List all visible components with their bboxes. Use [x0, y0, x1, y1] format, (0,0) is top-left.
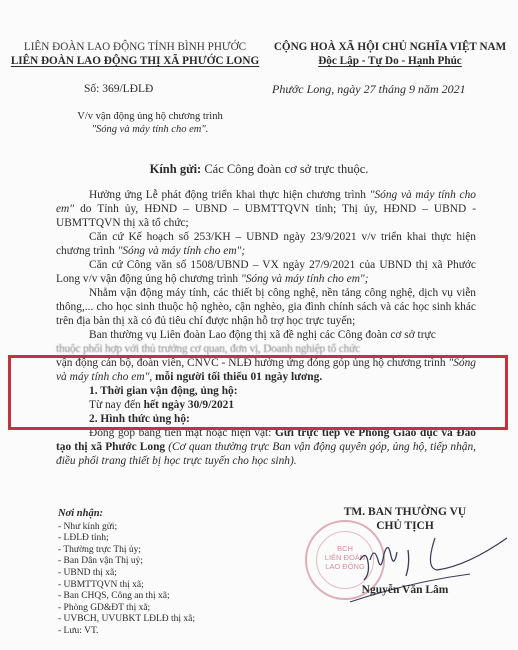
- recipient-item: - UVBCH, UVUBKT LĐLĐ thị xã;: [58, 614, 195, 626]
- recipient-item: - Phòng GD&ĐT thị xã;: [58, 603, 195, 615]
- recipient-item: - Lưu: VT.: [58, 626, 195, 638]
- nation-name: CỘNG HOÀ XÃ HỘI CHỦ NGHĨA VIỆT NAM: [262, 40, 518, 54]
- recipients-list: Nơi nhận: - Như kính gửi; - LĐLĐ tỉnh; -…: [58, 508, 195, 638]
- recipients-title: Nơi nhận:: [58, 508, 195, 520]
- recipient-item: - LĐLĐ tỉnh;: [58, 533, 195, 545]
- recipient-item: - UBND thị xã;: [58, 568, 195, 580]
- subject-line: V/v vận động ủng hộ chương trình "Sóng v…: [40, 110, 260, 136]
- paragraph-dispatch-reference: Căn cứ Công văn số 1508/UBND – VX ngày 2…: [56, 258, 476, 286]
- red-highlight-box: [8, 355, 508, 430]
- issuing-organization-name: LIÊN ĐOÀN LAO ĐỘNG THỊ XÃ PHƯỚC LONG: [11, 55, 259, 67]
- recipient-item: - Như kính gửi;: [58, 522, 195, 534]
- recipient-item: - Ban CHQS, Công an thị xã;: [58, 591, 195, 603]
- signature-block: TM. BAN THƯỜNG VỤ CHỦ TỊCH: [300, 505, 510, 533]
- parent-organization: LIÊN ĐOÀN LAO ĐỘNG TỈNH BÌNH PHƯỚC: [10, 40, 260, 54]
- on-behalf-of: TM. BAN THƯỜNG VỤ: [300, 505, 510, 519]
- signer-name: Nguyễn Văn Lâm: [300, 584, 510, 596]
- recipient-item: - UBMTTQVN thị xã;: [58, 580, 195, 592]
- paragraph-purpose: Nhằm vận động máy tính, các thiết bị côn…: [56, 286, 476, 328]
- place-and-date: Phước Long, ngày 27 tháng 9 năm 2021: [272, 82, 466, 97]
- recipient-item: - Thường trực Thị ủy;: [58, 545, 195, 557]
- issuing-organization: LIÊN ĐOÀN LAO ĐỘNG THỊ XÃ PHƯỚC LONG: [10, 54, 260, 68]
- obscured-line: thuộc phối hợp với thủ trưởng cơ quan, đ…: [56, 342, 476, 356]
- paragraph-response: Hưởng ứng Lễ phát động triển khai thực h…: [56, 188, 476, 230]
- subject-text: V/v vận động ủng hộ chương trình: [40, 110, 260, 123]
- salutation-label: Kính gửi:: [150, 162, 202, 176]
- paragraph-request: Ban thường vụ Liên đoàn Lao động thị xã …: [56, 328, 476, 342]
- paragraph-plan-reference: Căn cứ Kế hoạch số 253/KH – UBND ngày 23…: [56, 230, 476, 258]
- official-letter: LIÊN ĐOÀN LAO ĐỘNG TỈNH BÌNH PHƯỚC LIÊN …: [0, 0, 518, 650]
- recipient-item: - Ban Dân vận Thị uỷ;: [58, 556, 195, 568]
- salutation-recipient: Các Công đoàn cơ sở trực thuộc.: [201, 162, 368, 176]
- document-number: Số: 369/LĐLĐ: [84, 83, 153, 95]
- national-motto: Độc Lập - Tự Do - Hạnh Phúc: [318, 55, 462, 67]
- national-header: CỘNG HOÀ XÃ HỘI CHỦ NGHĨA VIỆT NAM Độc L…: [262, 40, 518, 68]
- salutation: Kính gửi: Các Công đoàn cơ sở trực thuộc…: [0, 162, 518, 177]
- issuer-header: LIÊN ĐOÀN LAO ĐỘNG TỈNH BÌNH PHƯỚC LIÊN …: [10, 40, 260, 68]
- subject-program-name: "Sóng và máy tính cho em".: [92, 124, 209, 135]
- section-2-content: Đóng góp bằng tiền mặt hoặc hiện vật: Gử…: [56, 426, 476, 468]
